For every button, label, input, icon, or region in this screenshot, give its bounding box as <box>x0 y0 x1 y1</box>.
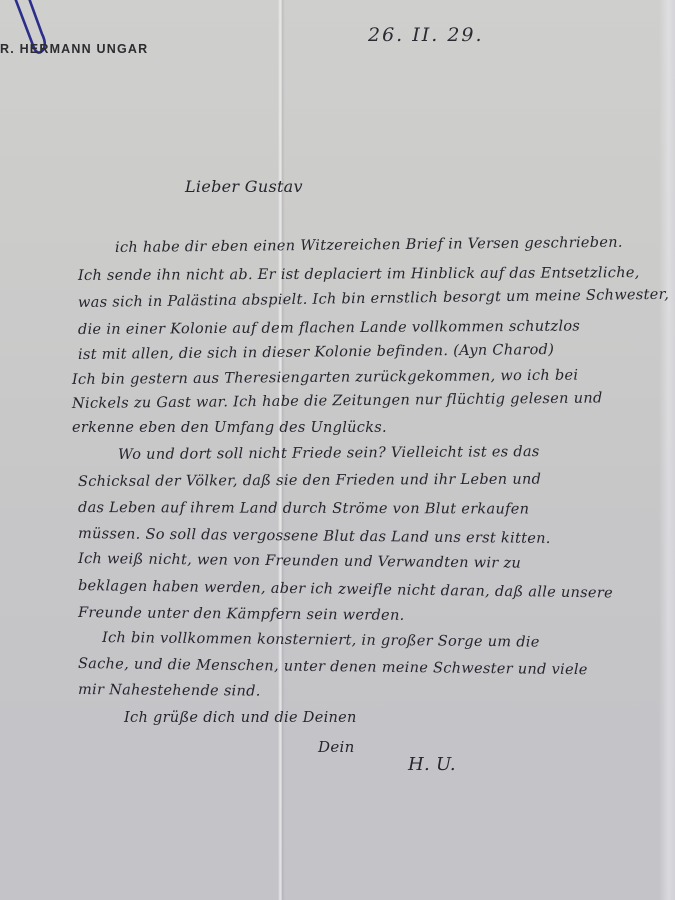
letter-line-19: Ich grüße dich und die Deinen <box>124 710 357 726</box>
letter-line-8: erkenne eben den Umfang des Unglücks. <box>72 420 387 436</box>
salutation: Lieber Gustav <box>185 177 303 196</box>
letterhead: R. HERMANN UNGAR <box>0 42 148 56</box>
closing: Dein <box>318 738 355 756</box>
letter-line-2: Ich sende ihn nicht ab. Er ist deplacier… <box>78 265 640 284</box>
letter-line-9: Wo und dort soll nicht Friede sein? Viel… <box>118 444 540 463</box>
letter-line-10: Schicksal der Völker, daß sie den Friede… <box>78 472 541 490</box>
letter-line-18: mir Nahestehende sind. <box>78 682 261 700</box>
signature: H. U. <box>408 754 456 775</box>
letter-line-15: Freunde unter den Kämpfern sein werden. <box>78 605 405 624</box>
letter-date: 26. II. 29. <box>368 24 484 46</box>
letter-line-11: das Leben auf ihrem Land durch Ströme vo… <box>78 500 529 518</box>
